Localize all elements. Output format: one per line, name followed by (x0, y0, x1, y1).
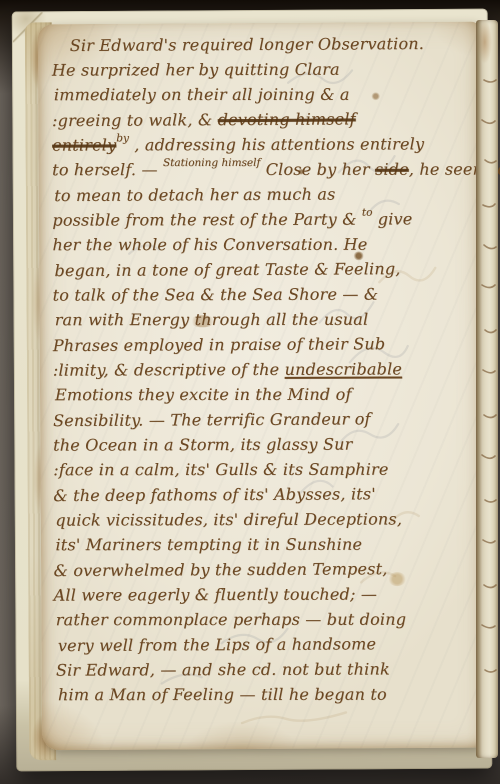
manuscript-page: Sir Edward's required longer Observation… (38, 22, 485, 751)
manuscript-text: immediately on their all joining & a (54, 85, 350, 104)
facing-page-edge (476, 20, 498, 758)
manuscript-line: the Ocean in a Storm, its glassy Sur (53, 431, 478, 457)
manuscript-text: him a Man of Feeling — till he began to (58, 685, 387, 704)
manuscript-line: to herself. — Stationing himself Close b… (52, 157, 477, 183)
photo-background: Sir Edward's required longer Observation… (0, 0, 500, 784)
manuscript-line: He surprized her by quitting Clara (52, 56, 477, 82)
manuscript-line: immediately on their all joining & a (52, 82, 477, 108)
manuscript-line: its' Mariners tempting it in Sunshine (53, 532, 478, 558)
manuscript-text: Sir Edward, — and she cd. not but think (56, 659, 390, 679)
manuscript-line: began, in a tone of great Taste & Feelin… (52, 256, 477, 283)
manuscript-line: rather commonplace perhaps — but doing (54, 607, 479, 633)
manuscript-text: Phrases employed in praise of their Sub (53, 334, 386, 355)
manuscript-text: & overwhelmed by the sudden Tempest, (54, 559, 388, 580)
manuscript-line: Sensibility. — The terrific Grandeur of (53, 406, 478, 433)
manuscript-text: :greeing to walk, & (52, 110, 218, 130)
manuscript-text: very well from the Lips of a handsome (58, 634, 376, 655)
manuscript-line: entirelyby , addressing his attentions e… (52, 131, 477, 157)
manuscript-text: :face in a calm, its' Gulls & its Samphi… (53, 460, 388, 479)
manuscript-line: Sir Edward's required longer Observation… (52, 31, 477, 58)
manuscript-line: & the deep fathoms of its' Abysses, its' (53, 481, 478, 508)
manuscript-text: the Ocean in a Storm, its glassy Sur (53, 435, 352, 455)
manuscript-line: to talk of the Sea & the Sea Shore — & (53, 281, 478, 307)
manuscript-line: ran with Energy through all the usual (53, 307, 478, 333)
manuscript-text: ran with Energy through all the usual (55, 310, 369, 329)
manuscript-line: :face in a calm, its' Gulls & its Samphi… (53, 457, 478, 483)
manuscript-line: to mean to detach her as much as (52, 181, 477, 208)
manuscript-line: Emotions they excite in the Mind of (53, 382, 478, 408)
manuscript-text: Sir Edward's required longer Observation… (70, 34, 424, 55)
notebook: Sir Edward's required longer Observation… (12, 9, 493, 772)
manuscript-text: possible from the rest of the Party & (52, 210, 362, 230)
underlined-text: undescribable (285, 359, 403, 378)
manuscript-text: Close by her (266, 160, 375, 179)
facing-page-text-fragment (476, 20, 498, 758)
manuscript-line: possible from the rest of the Party & to… (52, 206, 477, 232)
manuscript-text: give (378, 209, 413, 228)
manuscript-line: him a Man of Feeling — till he began to (54, 682, 479, 708)
manuscript-line: quick vicissitudes, its' direful Decepti… (53, 506, 478, 532)
manuscript-line: her the whole of his Conversation. He (52, 232, 477, 258)
manuscript-text: to mean to detach her as much as (54, 185, 335, 206)
manuscript-text: began, in a tone of great Taste & Feelin… (54, 259, 400, 280)
manuscript-text: to talk of the Sea & the Sea Shore — & (53, 285, 379, 305)
manuscript-text: :limity, & descriptive of the (53, 360, 285, 380)
manuscript-text: Sensibility. — The terrific Grandeur of (53, 409, 371, 430)
manuscript-line: very well from the Lips of a handsome (54, 631, 479, 658)
manuscript-text: , addressing his attentions entirely (134, 134, 424, 154)
struck-text: entirely (52, 135, 116, 154)
manuscript-line: Sir Edward, — and she cd. not but think (54, 656, 479, 682)
manuscript-text: rather commonplace perhaps — but doing (56, 610, 406, 629)
manuscript-text: All were eagerly & fluently touched; — (54, 585, 377, 605)
manuscript-text: & the deep fathoms of its' Abysses, its' (53, 484, 376, 505)
manuscript-text: her the whole of his Conversation. He (52, 235, 367, 254)
manuscript-line: Phrases employed in praise of their Sub (53, 331, 478, 358)
manuscript-text: Emotions they excite in the Mind of (55, 385, 352, 404)
manuscript-line: :limity, & descriptive of the undescriba… (53, 356, 478, 382)
manuscript-text: to herself. — (52, 160, 163, 179)
manuscript-line: & overwhelmed by the sudden Tempest, (54, 556, 479, 583)
manuscript-line: All were eagerly & fluently touched; — (54, 581, 479, 607)
handwritten-text: Sir Edward's required longer Observation… (52, 31, 479, 707)
manuscript-text: He surprized her by quitting Clara (52, 60, 340, 80)
manuscript-text: quick vicissitudes, its' direful Decepti… (55, 509, 402, 529)
manuscript-line: :greeing to walk, & devoting himself (52, 106, 477, 133)
manuscript-text: its' Mariners tempting it in Sunshine (55, 535, 362, 554)
struck-text: devoting himself (218, 109, 356, 129)
struck-text: side (375, 160, 409, 179)
